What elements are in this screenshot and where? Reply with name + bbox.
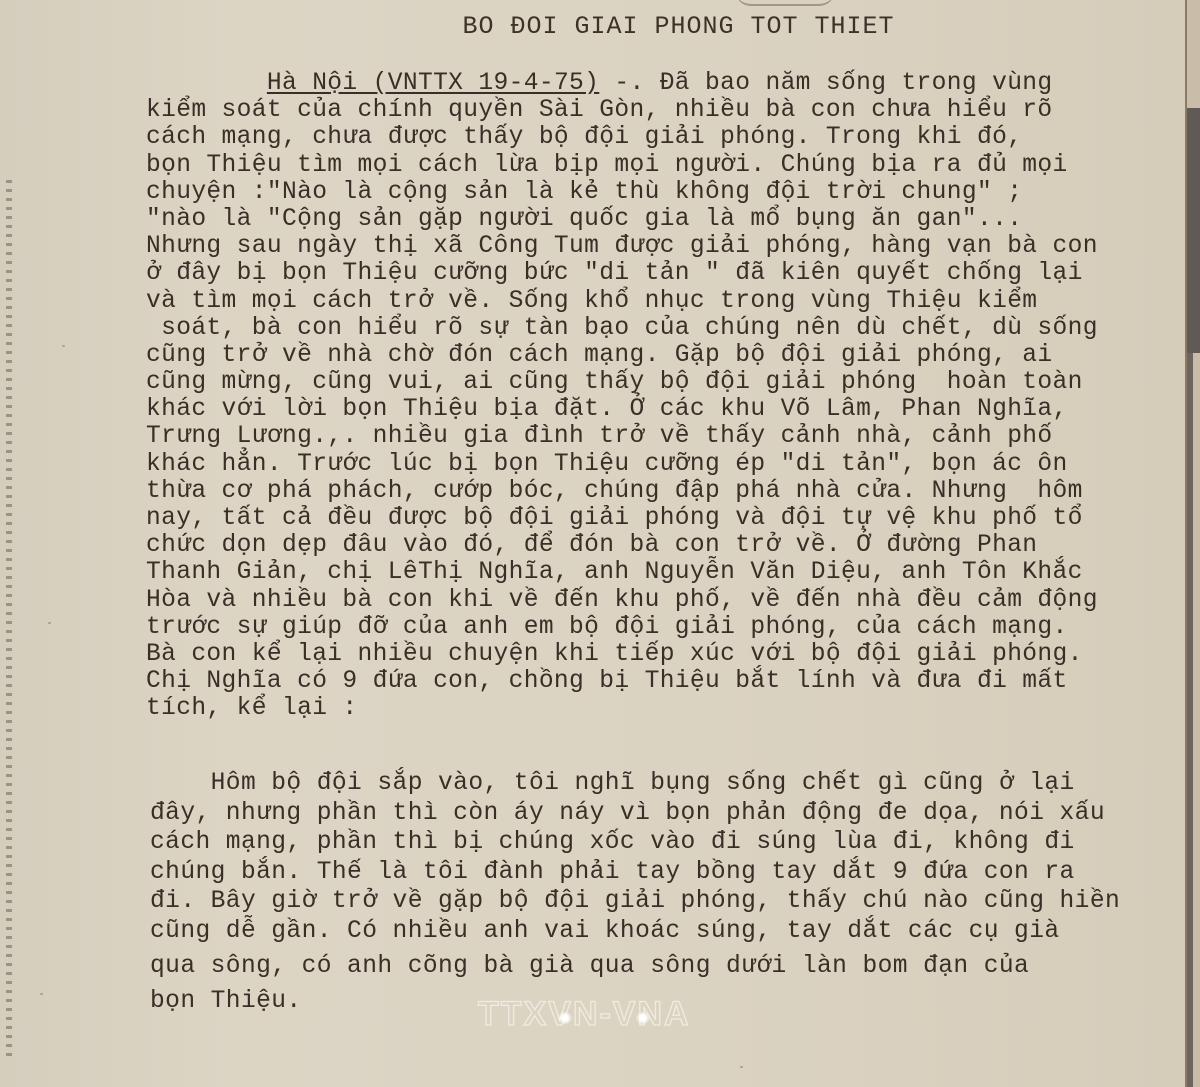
text-line: cách mạng, chưa được thấy bộ đội giải ph… <box>146 124 1191 151</box>
text-line: và tìm mọi cách trở về. Sống khổ nhục tr… <box>146 288 1191 315</box>
text-line: Hòa và nhiều bà con khi về đến khu phố, … <box>146 587 1191 614</box>
text-line: chuyện :"Nào là cộng sản là kẻ thù không… <box>146 179 1191 206</box>
text-line: tích, kể lại : <box>146 695 1191 722</box>
watermark-globe-icon <box>636 1012 650 1024</box>
document-title: BO ĐOI GIAI PHONG TOT THIET <box>0 12 1187 41</box>
watermark-globe-icon <box>558 1012 572 1024</box>
text-line: thừa cơ phá phách, cướp bóc, chúng đập p… <box>146 478 1191 505</box>
previous-line-fragment <box>735 0 835 6</box>
text-line: đi. Bây giờ trở về gặp bộ đội giải phóng… <box>150 888 1195 918</box>
paragraph-1: Hà Nội (VNTTX 19-4-75) -. Đã bao năm sốn… <box>146 70 1191 723</box>
text-line: "nào là "Cộng sản gặp người quốc gia là … <box>146 206 1191 233</box>
paragraph-2: Hôm bộ đội sắp vào, tôi nghĩ bụng sống c… <box>150 770 1195 1023</box>
text-line: Hôm bộ đội sắp vào, tôi nghĩ bụng sống c… <box>150 770 1195 800</box>
text-line: chức dọn dẹp đâu vào đó, để đón bà con t… <box>146 532 1191 559</box>
text-line: Chị Nghĩa có 9 đứa con, chồng bị Thiệu b… <box>146 668 1191 695</box>
binding-perforations <box>6 180 12 1060</box>
text-line: ở đây bị bọn Thiệu cưỡng bức "di tản " đ… <box>146 260 1191 287</box>
text-line: kiểm soát của chính quyền Sài Gòn, nhiều… <box>146 97 1191 124</box>
text-line: Thanh Giản, chị LêThị Nghĩa, anh Nguyễn … <box>146 559 1191 586</box>
dateline: Hà Nội (VNTTX 19-4-75) <box>267 70 599 97</box>
paper-speck <box>740 1066 743 1068</box>
watermark: TTXVN-VNA <box>478 995 691 1034</box>
text-line: soát, bà con hiểu rõ sự tàn bạo của chún… <box>146 315 1191 342</box>
text-line: nay, tất cả đều được bộ đội giải phóng v… <box>146 505 1191 532</box>
text-line: cũng trở về nhà chờ đón cách mạng. Gặp b… <box>146 342 1191 369</box>
text-line: cũng mừng, cũng vui, ai cũng thấy bộ đội… <box>146 369 1191 396</box>
paper-speck <box>40 993 43 995</box>
paper-speck <box>62 345 65 347</box>
text-line: Nhưng sau ngày thị xã Công Tum được giải… <box>146 233 1191 260</box>
text-line: chúng bắn. Thế là tôi đành phải tay bồng… <box>150 859 1195 889</box>
text-line: cách mạng, phần thì bị chúng xốc vào đi … <box>150 829 1195 859</box>
text-line: đây, nhưng phần thì còn áy náy vì bọn ph… <box>150 800 1195 830</box>
text-line: cũng dễ gần. Có nhiều anh vai khoác súng… <box>150 918 1195 953</box>
text-line: qua sông, có anh cõng bà già qua sông dư… <box>150 953 1195 988</box>
text-line: trước sự giúp đỡ của anh em bộ đội giải … <box>146 614 1191 641</box>
text-line: bọn Thiệu tìm mọi cách lừa bịp mọi người… <box>146 152 1191 179</box>
text-line: khác với lời bọn Thiệu bịa đặt. Ở các kh… <box>146 396 1191 423</box>
text-line: khác hẳn. Trước lúc bị bọn Thiệu cưỡng é… <box>146 451 1191 478</box>
text-line: Bà con kể lại nhiều chuyện khi tiếp xúc … <box>146 641 1191 668</box>
text-line: Trưng Lương.,. nhiều gia đình trở về thấ… <box>146 423 1191 450</box>
text-line: Hà Nội (VNTTX 19-4-75) -. Đã bao năm sốn… <box>146 70 1191 97</box>
paper-speck <box>48 622 51 624</box>
